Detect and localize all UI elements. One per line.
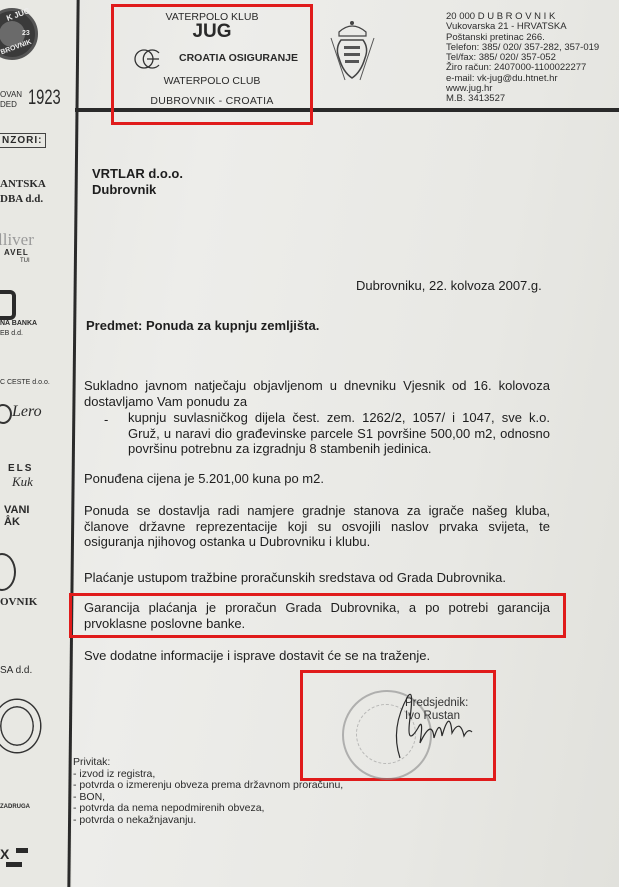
club-name: JUG xyxy=(114,21,310,43)
sponsor-10: ZADRUGA xyxy=(0,804,30,810)
sponsor-2b: AVEL xyxy=(4,248,29,257)
bullet-paragraph: kupnju suvlasničkog dijela čest. zem. 12… xyxy=(128,410,550,457)
sponsor-2a: lliver xyxy=(0,230,34,250)
recipient-city: Dubrovnik xyxy=(92,182,183,198)
letterhead-line5: DUBROVNIK - CROATIA xyxy=(114,95,310,107)
letter-date: Dubrovniku, 22. kolvoza 2007.g. xyxy=(356,278,542,293)
letter-page: K JUG 23 BROVNIK OVAN DED 1923 NZORI: AN… xyxy=(0,0,619,887)
price-paragraph: Ponuđena cijena je 5.201,00 kuna po m2. xyxy=(84,471,550,487)
letterhead-highlight: VATERPOLO KLUB JUG CROATIA OSIGURANJE WA… xyxy=(111,4,313,125)
lero-logo-icon xyxy=(0,404,12,424)
handwritten-signature-icon xyxy=(380,688,480,773)
sponsor-3b: EB d.d. xyxy=(0,330,23,337)
founded-label-1: OVAN xyxy=(0,90,22,99)
attachments: Privitak: - izvod iz registra, - potvrda… xyxy=(73,757,343,827)
sponsor-name: CROATIA OSIGURANJE xyxy=(179,52,298,64)
sponsor-8: OVNIK xyxy=(0,596,37,608)
attachments-title: Privitak: xyxy=(73,757,343,769)
guarantee-paragraph: Garancija plaćanja je proračun Grada Dub… xyxy=(84,600,550,631)
recipient-name: VRTLAR d.o.o. xyxy=(92,166,183,182)
sponsor-6a: ELS xyxy=(8,463,33,474)
attachment-item: - potvrda o nekažnjavanju. xyxy=(73,815,343,827)
payment-paragraph: Plaćanje ustupom tražbine proračunskih s… xyxy=(84,570,550,586)
attachment-item: - potvrda o izmerenju obveza prema držav… xyxy=(73,780,343,792)
founded-label-2: DED xyxy=(0,100,17,109)
contact-registration: M.B. 3413527 xyxy=(446,94,599,104)
sponsor-9: SA d.d. xyxy=(0,665,32,676)
sponsor-3a: NA BANKA xyxy=(0,320,37,327)
x-logo-bar-icon xyxy=(6,862,22,867)
sponsor-1b: DBA d.d. xyxy=(0,193,43,205)
intro-paragraph: Sukladno javnom natječaju objavljenom u … xyxy=(84,378,550,409)
bullet-marker: - xyxy=(104,412,108,427)
x-logo-bar-icon xyxy=(16,848,28,853)
closing-paragraph: Sve dodatne informacije i isprave dostav… xyxy=(84,648,550,664)
bank-logo-icon xyxy=(0,290,16,320)
sponsor-6b: Kuk xyxy=(12,474,33,490)
sponsor-1a: ANTSKA xyxy=(0,178,46,190)
croatia-osiguranje-logo-icon xyxy=(134,47,160,71)
p-logo-icon xyxy=(0,700,40,752)
sponsor-5: Lero xyxy=(12,403,42,421)
contact-block: 20 000 D U B R O V N I K Vukovarska 21 -… xyxy=(446,12,599,105)
sponsor-sidebar: K JUG 23 BROVNIK OVAN DED 1923 NZORI: AN… xyxy=(0,0,72,887)
purpose-paragraph: Ponuda se dostavlja radi namjere gradnje… xyxy=(84,503,550,550)
dubrovnik-crest-icon xyxy=(325,18,380,88)
sponsor-4: C CESTE d.o.o. xyxy=(0,379,50,386)
club-badge-number: 23 xyxy=(22,30,30,37)
founded-year: 1923 xyxy=(28,86,61,110)
sponsor-7a: VANI xyxy=(4,504,29,516)
city-logo-icon xyxy=(0,553,16,591)
sponsor-7b: ÅK xyxy=(4,516,20,528)
sponsors-label: NZORI: xyxy=(0,133,46,148)
letter-subject: Predmet: Ponuda za kupnju zemljišta. xyxy=(86,318,319,333)
sponsor-2c: TUI xyxy=(20,258,30,264)
recipient: VRTLAR d.o.o. Dubrovnik xyxy=(92,166,183,198)
sponsor-11: X xyxy=(0,846,9,862)
letterhead-line4: WATERPOLO CLUB xyxy=(114,75,310,87)
